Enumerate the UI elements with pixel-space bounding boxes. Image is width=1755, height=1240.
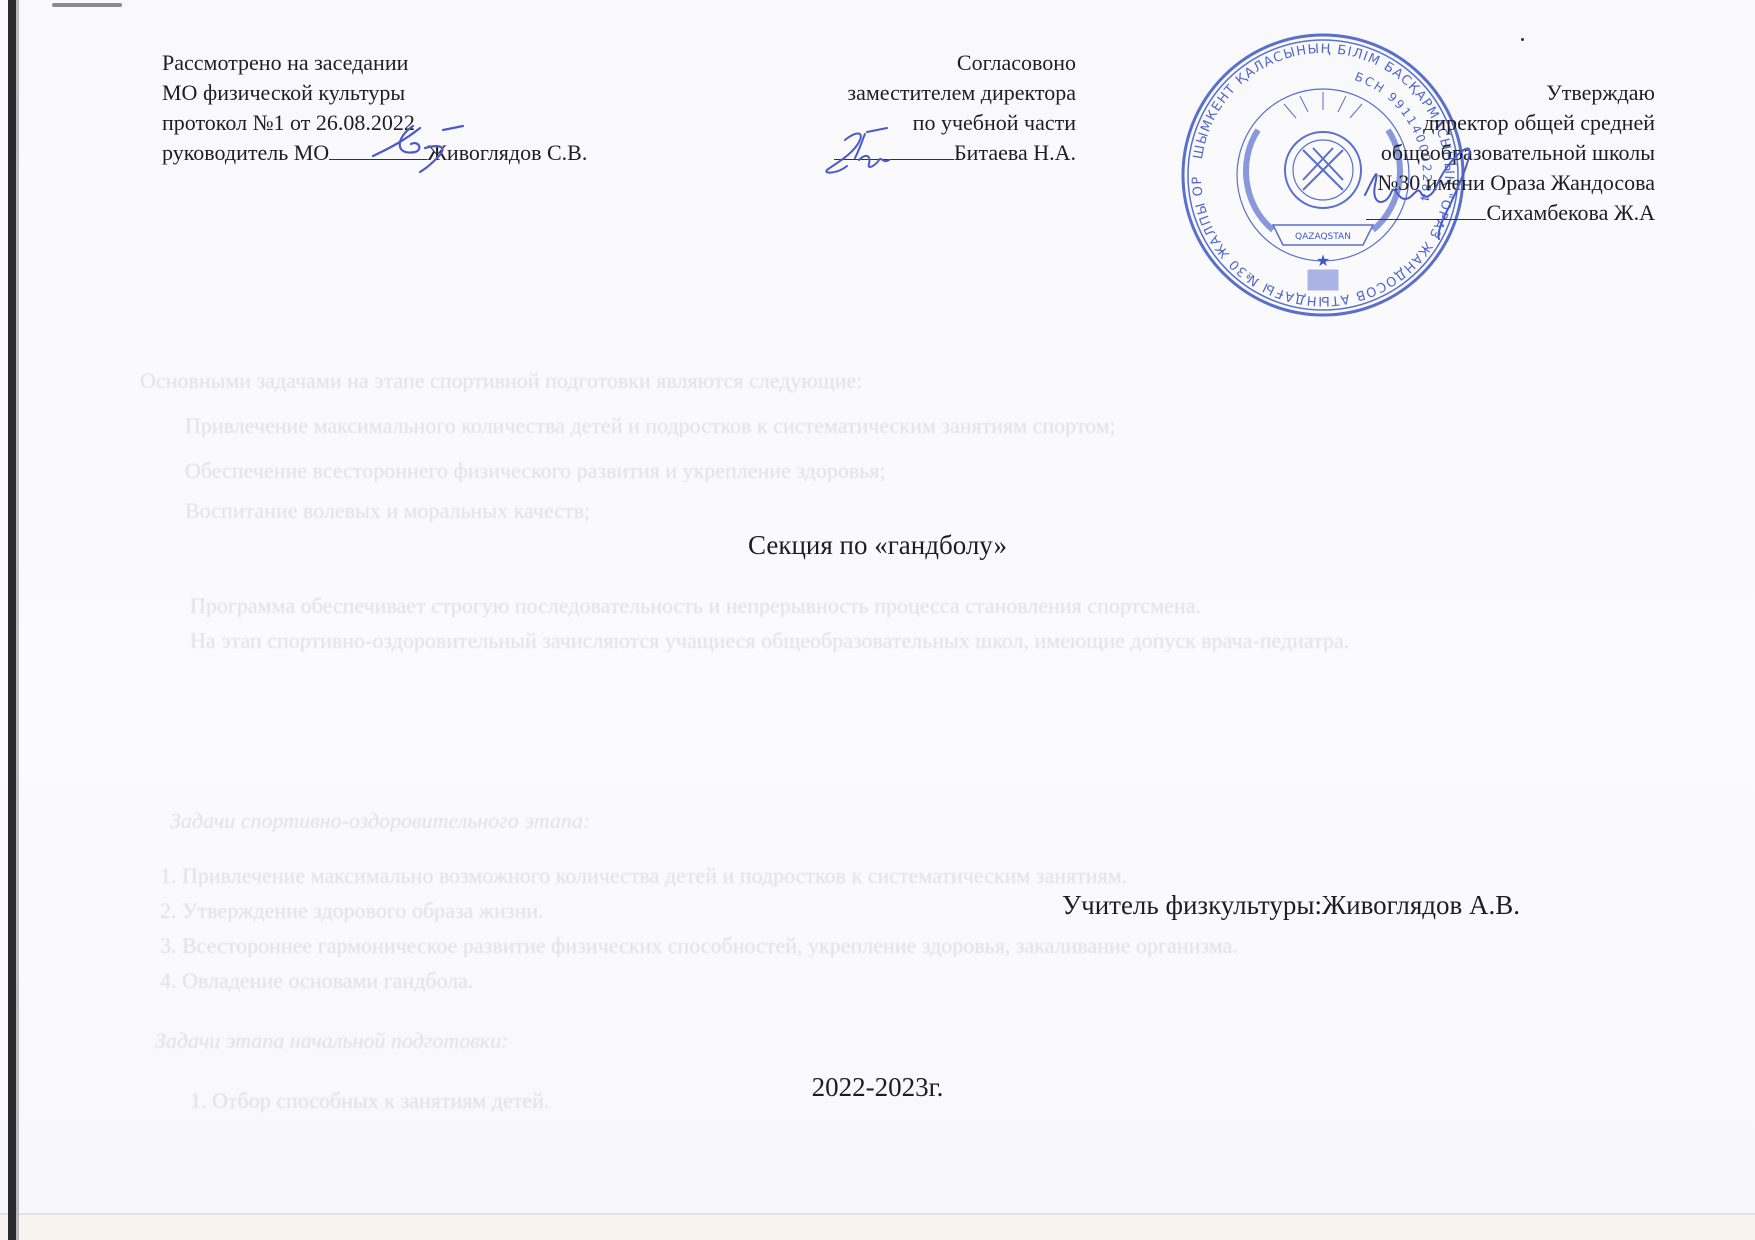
bleed-line: Задачи этапа начальной подготовки: [155,1030,1675,1052]
teacher-name: Учитель физкультуры:Живоглядов А.В. [1062,890,1520,921]
signature-middle-icon [815,120,915,180]
signer-row: Битаева Н.А. [760,138,1076,168]
bleed-line: Программа обеспечивает строгую последова… [190,595,1710,617]
signer-name: Сихамбекова Ж.А [1486,200,1655,225]
bleed-line: Задачи спортивно-оздоровительного этапа: [170,810,1690,832]
signer-name: Битаева Н.А. [954,140,1076,165]
bleed-line: Обеспечение всестороннего физического ра… [185,460,1705,482]
approval-line: директор общей средней [1160,108,1655,138]
document-title: Секция по «гандболу» [0,530,1755,561]
approval-line: Согласовоно [760,48,1076,78]
svg-text:★: ★ [1316,253,1330,270]
approval-agreed-block: Согласовоно заместителем директора по уч… [760,48,1076,168]
signature-left-icon [365,118,475,173]
ink-dot [1521,38,1524,41]
bleed-line: Основными задачами на этапе спортивной п… [140,370,1660,392]
signer-role: руководитель МО [162,140,329,165]
bleed-line: На этап спортивно-оздоровительный зачисл… [190,630,1710,652]
bleed-line: 4. Овладение основами гандбола. [160,970,1680,992]
approval-line: Утверждаю [1160,78,1655,108]
bleed-line: 1. Привлечение максимально возможного ко… [160,865,1680,887]
svg-text:QAZAQSTAN: QAZAQSTAN [1295,232,1351,242]
approval-line: заместителем директора [760,78,1076,108]
bleed-line: 3. Всестороннее гармоническое развитие ф… [160,935,1680,957]
approval-line: по учебной части [760,108,1076,138]
approval-line: МО физической культуры [162,78,587,108]
academic-year: 2022-2023г. [0,1072,1755,1103]
approval-line: Рассмотрено на заседании [162,48,587,78]
page-bottom-edge [0,1213,1755,1240]
staple-mark [52,3,122,7]
scan-left-border [8,0,16,1240]
bleed-line: Привлечение максимального количества дет… [185,415,1705,437]
bleed-line: Воспитание волевых и моральных качеств; [185,500,1705,522]
scan-left-border-inner [16,0,19,1240]
signature-right-icon [1345,135,1485,245]
